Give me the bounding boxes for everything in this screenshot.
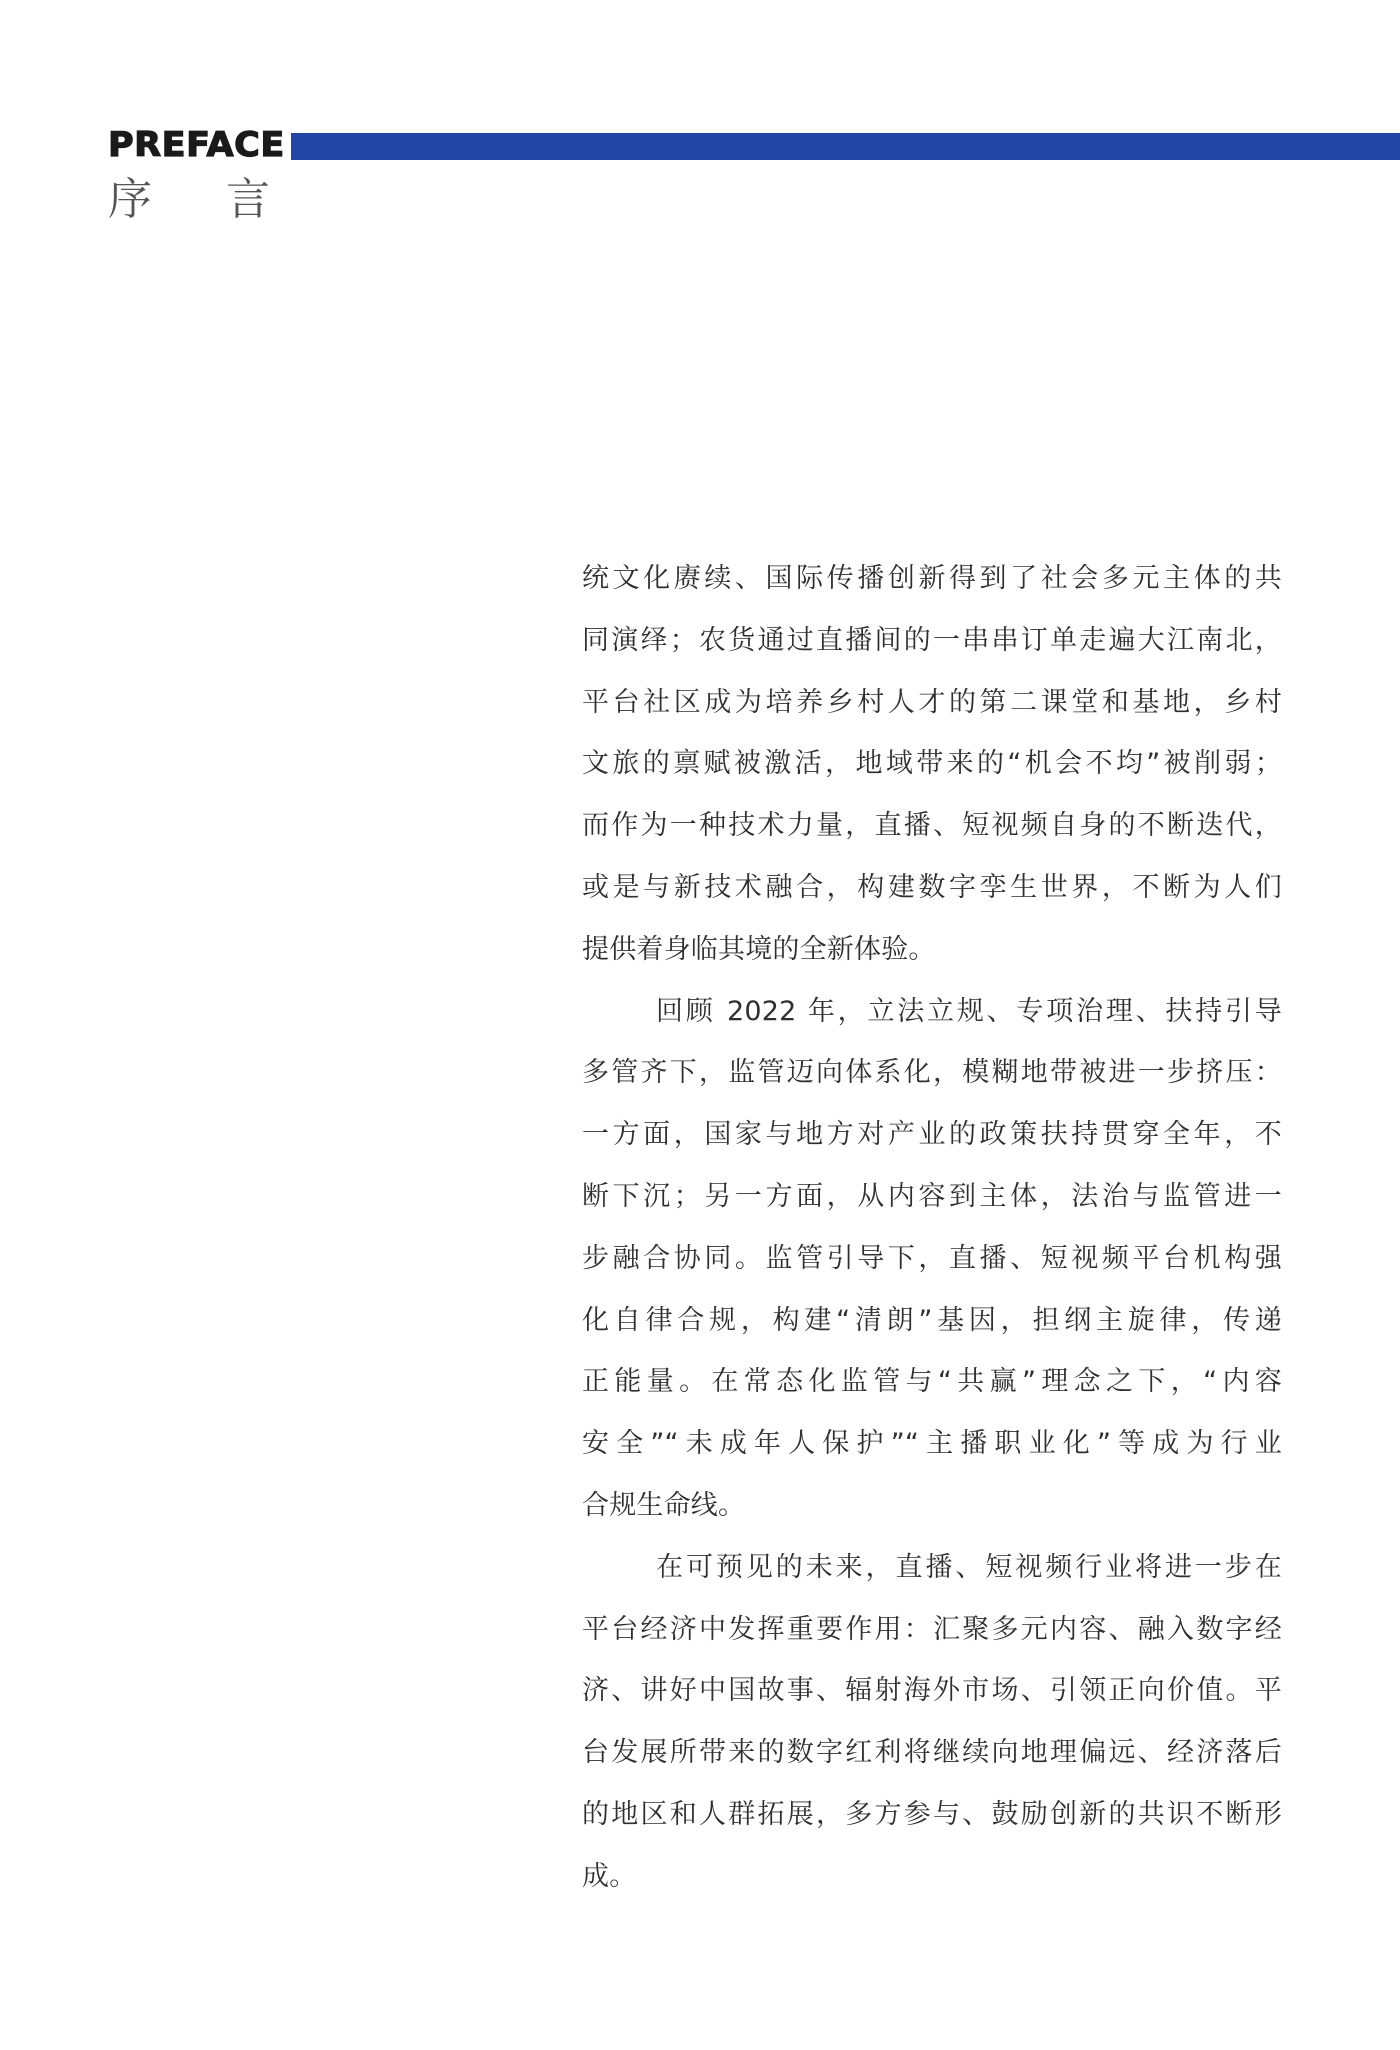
text-line: 合规生命线。: [582, 1475, 1282, 1537]
text-line: 步融合协同。监管引导下，直播、短视频平台机构强: [582, 1228, 1282, 1290]
text-line: 统文化赓续、国际传播创新得到了社会多元主体的共: [582, 548, 1282, 610]
text-line: 化自律合规，构建“清朗”基因，担纲主旋律，传递: [582, 1290, 1282, 1352]
section-title-chinese: 序 言: [108, 178, 270, 222]
text-line: 回顾 2022 年，立法立规、专项治理、扶持引导: [582, 981, 1282, 1043]
text-line: 多管齐下，监管迈向体系化，模糊地带被进一步挤压：: [582, 1042, 1282, 1104]
text-line: 提供着身临其境的全新体验。: [582, 919, 1282, 981]
text-line: 成。: [582, 1846, 1282, 1908]
text-line: 或是与新技术融合，构建数字孪生世界，不断为人们: [582, 857, 1282, 919]
text-line: 济、讲好中国故事、辐射海外市场、引领正向价值。平: [582, 1660, 1282, 1722]
text-line: 正能量。在常态化监管与“共赢”理念之下，“内容: [582, 1351, 1282, 1413]
paragraph-1: 统文化赓续、国际传播创新得到了社会多元主体的共 同演绎；农货通过直播间的一串串订…: [582, 548, 1282, 981]
section-title-chinese-char-2: 言: [226, 178, 270, 222]
text-line: 安全”“未成年人保护”“主播职业化”等成为行业: [582, 1413, 1282, 1475]
text-line: 平台经济中发挥重要作用：汇聚多元内容、融入数字经: [582, 1599, 1282, 1661]
paragraph-2: 回顾 2022 年，立法立规、专项治理、扶持引导 多管齐下，监管迈向体系化，模糊…: [582, 981, 1282, 1537]
section-title-english: PREFACE: [108, 128, 285, 162]
text-line: 在可预见的未来，直播、短视频行业将进一步在: [582, 1537, 1282, 1599]
preface-body: 统文化赓续、国际传播创新得到了社会多元主体的共 同演绎；农货通过直播间的一串串订…: [582, 548, 1282, 1908]
text-line: 平台社区成为培养乡村人才的第二课堂和基地，乡村: [582, 672, 1282, 734]
header-accent-bar: [291, 133, 1400, 160]
text-line: 一方面，国家与地方对产业的政策扶持贯穿全年，不: [582, 1104, 1282, 1166]
text-line: 同演绎；农货通过直播间的一串串订单走遍大江南北，: [582, 610, 1282, 672]
text-line: 台发展所带来的数字红利将继续向地理偏远、经济落后: [582, 1722, 1282, 1784]
text-line: 断下沉；另一方面，从内容到主体，法治与监管进一: [582, 1166, 1282, 1228]
paragraph-3: 在可预见的未来，直播、短视频行业将进一步在 平台经济中发挥重要作用：汇聚多元内容…: [582, 1537, 1282, 1908]
text-line: 的地区和人群拓展，多方参与、鼓励创新的共识不断形: [582, 1784, 1282, 1846]
text-line: 而作为一种技术力量，直播、短视频自身的不断迭代，: [582, 795, 1282, 857]
page-header: PREFACE 序 言: [0, 0, 1400, 240]
text-line: 文旅的禀赋被激活，地域带来的“机会不均”被削弱；: [582, 733, 1282, 795]
section-title-chinese-char-1: 序: [108, 178, 226, 222]
